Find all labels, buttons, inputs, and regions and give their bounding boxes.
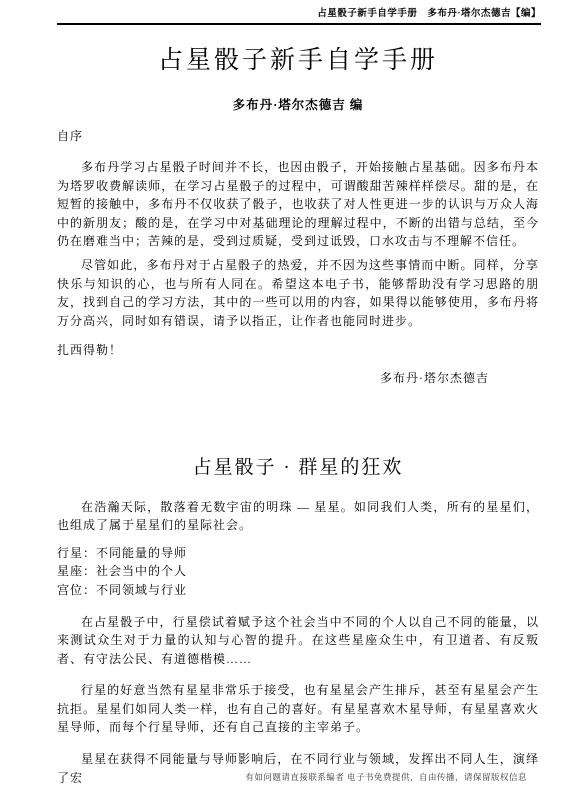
term-list: 行星：不同能量的导师 星座：社会当中的个人 宫位：不同领域与行业: [57, 544, 539, 600]
page-title: 占星骰子新手自学手册: [57, 46, 539, 76]
editor-byline: 多布丹·塔尔杰德吉 编: [57, 97, 539, 113]
preface-paragraph: 多布丹学习占星骰子时间并不长，也因由骰子，开始接触占星基础。因多布丹本为塔罗收费…: [57, 158, 539, 251]
chapter-intro-paragraph: 在浩瀚天际，散落着无数宇宙的明珠 — 星星。如同我们人类，所有的星星们，也组成了…: [57, 498, 539, 535]
footer-copyright-note: 有如问题请直接联系编者 电子书免费提供，自由传播，请保留版权信息: [245, 771, 527, 783]
chapter-title: 占星骰子 · 群星的狂欢: [57, 454, 539, 482]
preface-paragraph: 尽管如此，多布丹对于占星骰子的热爱，并不因为这些事情而中断。同样，分享快乐与知识…: [57, 256, 539, 330]
preface-closing: 扎西得勒！: [57, 341, 539, 360]
page-content: 占星骰子新手自学手册 多布丹·塔尔杰德吉 编 自序 多布丹学习占星骰子时间并不长…: [57, 24, 539, 787]
term-item-planets: 行星：不同能量的导师: [57, 544, 539, 563]
document-page: 占星骰子新手自学手册 多布丹·塔尔杰德吉【编】 占星骰子新手自学手册 多布丹·塔…: [0, 0, 575, 808]
running-header: 占星骰子新手自学手册 多布丹·塔尔杰德吉【编】: [57, 8, 541, 25]
chapter-paragraph: 在占星骰子中，行星偿试着赋予这个社会当中不同的个人以自己不同的能量，以来测试众生…: [57, 613, 539, 669]
chapter-paragraph: 行星的好意当然有星星非常乐于接受，也有星星会产生排斥，甚至有星星会产生抗拒。星星…: [57, 681, 539, 737]
author-signature: 多布丹·塔尔杰德吉: [57, 369, 489, 388]
preface-heading: 自序: [57, 128, 539, 144]
term-item-signs: 星座：社会当中的个人: [57, 562, 539, 581]
term-item-houses: 宫位：不同领域与行业: [57, 581, 539, 600]
